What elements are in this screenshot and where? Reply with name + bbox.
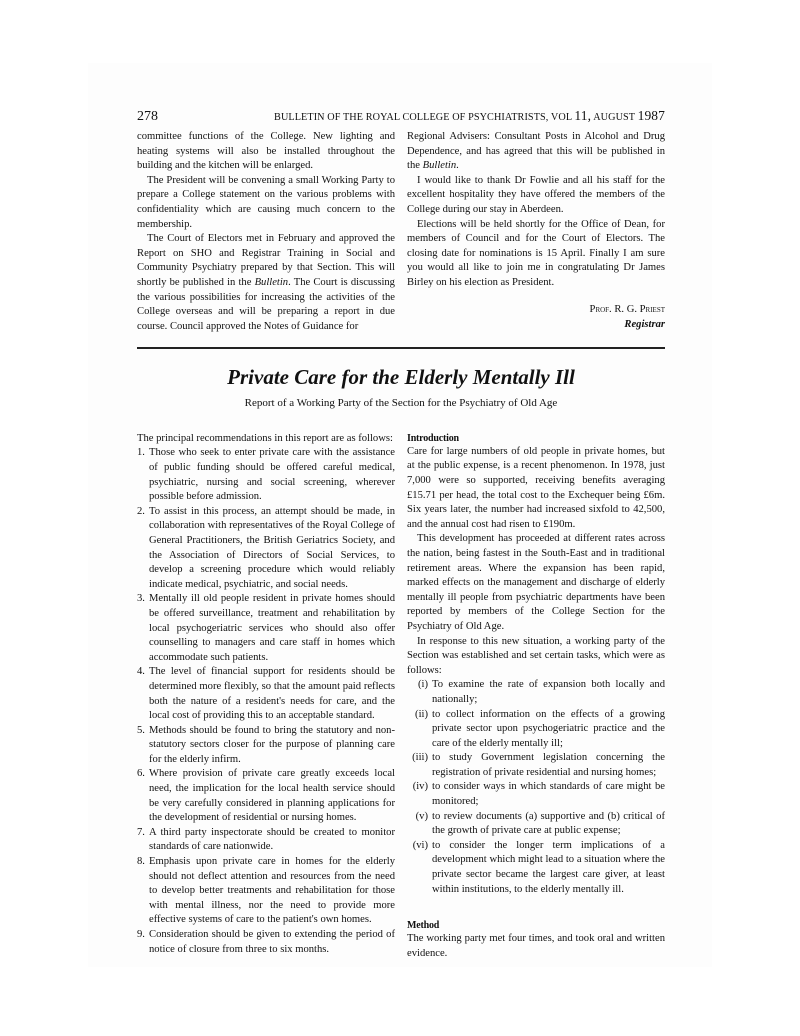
- list-text: to consider the longer term implications…: [432, 839, 665, 897]
- list-item: (iv)to consider ways in which standards …: [407, 780, 665, 809]
- article-title: Private Care for the Elderly Mentally Il…: [137, 365, 665, 389]
- list-item: 7.A third party inspectorate should be c…: [137, 826, 395, 855]
- list-number: 4.: [137, 665, 149, 723]
- journal-citation: Bulletin of the Royal College of Psychia…: [274, 108, 665, 124]
- section-divider: [137, 347, 665, 349]
- journal-volume: 11,: [574, 108, 591, 123]
- previous-article-left-column: committee functions of the College. New …: [137, 130, 395, 334]
- list-text: The level of financial support for resid…: [149, 665, 395, 723]
- recommendations-intro: The principal recommendations in this re…: [137, 432, 395, 447]
- list-text: to collect information on the effects of…: [432, 708, 665, 752]
- list-item: 5.Methods should be found to bring the s…: [137, 724, 395, 768]
- paragraph: The Court of Electors met in February an…: [137, 232, 395, 334]
- spacer: [407, 897, 665, 919]
- list-item: (iii)to study Government legislation con…: [407, 751, 665, 780]
- list-text: to review documents (a) supportive and (…: [432, 810, 665, 839]
- list-number: (i): [407, 678, 432, 707]
- list-number: (vi): [407, 839, 432, 897]
- list-item: (ii)to collect information on the effect…: [407, 708, 665, 752]
- list-text: to study Government legislation concerni…: [432, 751, 665, 780]
- method-heading: Method: [407, 919, 665, 932]
- journal-month: August: [593, 112, 635, 123]
- paragraph-text: .: [456, 160, 459, 171]
- page-number: 278: [137, 109, 158, 125]
- list-text: To examine the rate of expansion both lo…: [432, 678, 665, 707]
- article-columns: The principal recommendations in this re…: [137, 432, 665, 962]
- list-item: 6.Where provision of private care greatl…: [137, 767, 395, 825]
- list-text: to consider ways in which standards of c…: [432, 780, 665, 809]
- list-item: 3.Mentally ill old people resident in pr…: [137, 592, 395, 665]
- journal-year: 1987: [638, 108, 665, 123]
- list-text: Emphasis upon private care in homes for …: [149, 855, 395, 928]
- article-left-column: The principal recommendations in this re…: [137, 432, 395, 962]
- list-item: 9.Consideration should be given to exten…: [137, 928, 395, 957]
- previous-article-right-column: Regional Advisers: Consultant Posts in A…: [407, 130, 665, 334]
- running-head: 278 Bulletin of the Royal College of Psy…: [137, 108, 665, 130]
- list-number: 2.: [137, 505, 149, 593]
- list-item: 2.To assist in this process, an attempt …: [137, 505, 395, 593]
- journal-name: Bulletin of the Royal College of Psychia…: [274, 112, 572, 123]
- paragraph: committee functions of the College. New …: [137, 130, 395, 174]
- paragraph: The working party met four times, and to…: [407, 932, 665, 961]
- list-number: 7.: [137, 826, 149, 855]
- paragraph: This development has proceeded at differ…: [407, 532, 665, 634]
- recommendations-list: 1.Those who seek to enter private care w…: [137, 446, 395, 957]
- list-text: Mentally ill old people resident in priv…: [149, 592, 395, 665]
- list-number: 6.: [137, 767, 149, 825]
- list-text: Those who seek to enter private care wit…: [149, 446, 395, 504]
- paragraph: Elections will be held shortly for the O…: [407, 218, 665, 291]
- paragraph: The President will be convening a small …: [137, 174, 395, 232]
- list-number: (iv): [407, 780, 432, 809]
- previous-article-columns: committee functions of the College. New …: [137, 130, 665, 334]
- introduction-heading: Introduction: [407, 432, 665, 445]
- signature-block: Prof. R. G. Priest Registrar: [407, 302, 665, 332]
- list-item: 8.Emphasis upon private care in homes fo…: [137, 855, 395, 928]
- list-number: 3.: [137, 592, 149, 665]
- list-item: (i)To examine the rate of expansion both…: [407, 678, 665, 707]
- list-item: (v)to review documents (a) supportive an…: [407, 810, 665, 839]
- list-item: (vi)to consider the longer term implicat…: [407, 839, 665, 897]
- signature-name: Prof. R. G. Priest: [407, 302, 665, 317]
- list-text: A third party inspectorate should be cre…: [149, 826, 395, 855]
- list-item: 4.The level of financial support for res…: [137, 665, 395, 723]
- bulletin-italic: Bulletin: [255, 277, 289, 288]
- bulletin-italic: Bulletin: [423, 160, 457, 171]
- list-text: Consideration should be given to extendi…: [149, 928, 395, 957]
- list-number: 1.: [137, 446, 149, 504]
- document-page: 278 Bulletin of the Royal College of Psy…: [137, 108, 665, 961]
- list-number: (iii): [407, 751, 432, 780]
- list-number: 8.: [137, 855, 149, 928]
- list-number: 5.: [137, 724, 149, 768]
- list-text: Where provision of private care greatly …: [149, 767, 395, 825]
- list-text: Methods should be found to bring the sta…: [149, 724, 395, 768]
- article-subtitle: Report of a Working Party of the Section…: [137, 396, 665, 410]
- paragraph: In response to this new situation, a wor…: [407, 635, 665, 679]
- list-item: 1.Those who seek to enter private care w…: [137, 446, 395, 504]
- list-number: (ii): [407, 708, 432, 752]
- tasks-list: (i)To examine the rate of expansion both…: [407, 678, 665, 897]
- paragraph: I would like to thank Dr Fowlie and all …: [407, 174, 665, 218]
- list-text: To assist in this process, an attempt sh…: [149, 505, 395, 593]
- list-number: (v): [407, 810, 432, 839]
- list-number: 9.: [137, 928, 149, 957]
- article-right-column: Introduction Care for large numbers of o…: [407, 432, 665, 962]
- signature-role: Registrar: [407, 317, 665, 332]
- paragraph: Regional Advisers: Consultant Posts in A…: [407, 130, 665, 174]
- paragraph: Care for large numbers of old people in …: [407, 445, 665, 533]
